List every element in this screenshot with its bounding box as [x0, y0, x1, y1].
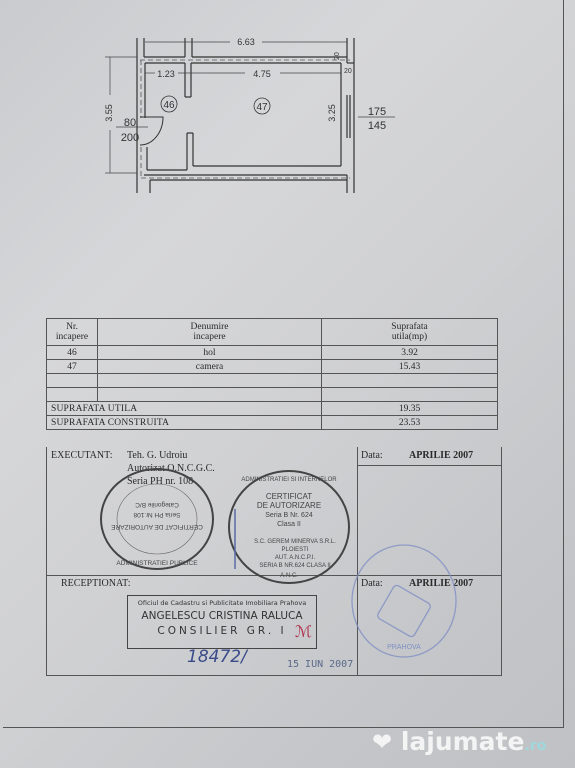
executant-label: EXECUTANT:: [51, 450, 112, 461]
built-area-row: SUPRAFATA CONSTRUITA 23.53: [47, 416, 498, 430]
header-area: Suprafatautila(mp): [322, 319, 498, 346]
signature-block: EXECUTANT: Teh. G. Udroiu Autorizat O.N.…: [46, 447, 502, 676]
reception-date-stamp: 15 IUN 2007: [287, 659, 353, 670]
executant-date: APRILIE 2007: [409, 450, 473, 461]
svg-text:AUT. A.N.C.P.I.: AUT. A.N.C.P.I.: [275, 555, 316, 561]
door-height: 200: [121, 132, 139, 144]
room-46-marker: 46: [163, 100, 175, 111]
dim-right-height: 3.25: [327, 104, 337, 122]
svg-text:Categoriile B/C: Categoriile B/C: [135, 501, 179, 508]
svg-text:PRAHOVA: PRAHOVA: [387, 644, 421, 651]
dim-total-width: 6.63: [237, 37, 255, 47]
executant-stamp: CERTIFICAT DE AUTORIZARE Seria PH Nr.108…: [97, 465, 217, 573]
table-header: Nr.incapere Denumireincapere Suprafataut…: [47, 319, 498, 346]
lajumate-watermark: ❤ lajumate.ro: [372, 727, 546, 759]
window-height: 145: [368, 120, 386, 132]
svg-text:Seria PH Nr.108: Seria PH Nr.108: [133, 511, 180, 518]
door-width: 80: [124, 117, 136, 129]
floor-plan: 6.63 1.23 4.75 20 20 3.55 3.25 80 200 17…: [0, 0, 575, 210]
handshake-icon: ❤: [372, 728, 392, 756]
svg-text:ADMINISTRATIEI SI INTERNELOR: ADMINISTRATIEI SI INTERNELOR: [241, 477, 337, 483]
svg-text:20: 20: [334, 52, 341, 60]
svg-text:ADMINISTRATIEI PUBLICE: ADMINISTRATIEI PUBLICE: [116, 560, 198, 567]
svg-text:PLOIESTI: PLOIESTI: [281, 547, 308, 553]
receptionat-label: RECEPTIONAT:: [61, 578, 131, 589]
table-row: 47 camera 15.43: [47, 360, 498, 374]
registration-number: 18472/: [187, 647, 247, 667]
svg-text:DE AUTORIZARE: DE AUTORIZARE: [257, 501, 321, 510]
room-47-marker: 47: [256, 102, 268, 113]
svg-text:Seria B Nr. 624: Seria B Nr. 624: [265, 512, 313, 519]
company-stamp: ADMINISTRATIEI SI INTERNELOR CERTIFICAT …: [225, 469, 355, 589]
svg-text:CERTIFICAT: CERTIFICAT: [266, 492, 312, 501]
executant-date-label: Data:: [361, 450, 383, 461]
cadastre-seal: AGENTIA NATIONALA DE CADASTRU SI PUBLICI…: [347, 537, 462, 665]
dim-camera-width: 4.75: [253, 69, 271, 79]
reception-stamp: Oficiul de Cadastru si Publicitate Imobi…: [127, 595, 317, 649]
signature: ℳ: [295, 622, 312, 641]
svg-text:SERIA B NR.624 CLASA II: SERIA B NR.624 CLASA II: [259, 563, 331, 569]
useful-area-row: SUPRAFATA UTILA 19.35: [47, 402, 498, 416]
table-row: [47, 374, 498, 388]
svg-text:A.N.C.: A.N.C.: [280, 573, 298, 579]
dim-left-height: 3.55: [104, 104, 114, 122]
table-row: 46 hol 3.92: [47, 346, 498, 360]
header-name: Denumireincapere: [98, 319, 322, 346]
dim-hol-width: 1.23: [157, 69, 175, 79]
table-row: [47, 388, 498, 402]
svg-text:20: 20: [344, 68, 352, 75]
rooms-table: Nr.incapere Denumireincapere Suprafataut…: [46, 318, 498, 430]
executant-name: Teh. G. Udroiu: [127, 450, 187, 461]
svg-text:CERTIFICAT DE AUTORIZARE: CERTIFICAT DE AUTORIZARE: [111, 523, 203, 530]
header-nr: Nr.incapere: [47, 319, 98, 346]
svg-text:S.C. GEREM MINERVA S.R.L.: S.C. GEREM MINERVA S.R.L.: [254, 539, 336, 545]
window-width: 175: [368, 106, 386, 118]
svg-text:Clasa II: Clasa II: [277, 521, 301, 528]
